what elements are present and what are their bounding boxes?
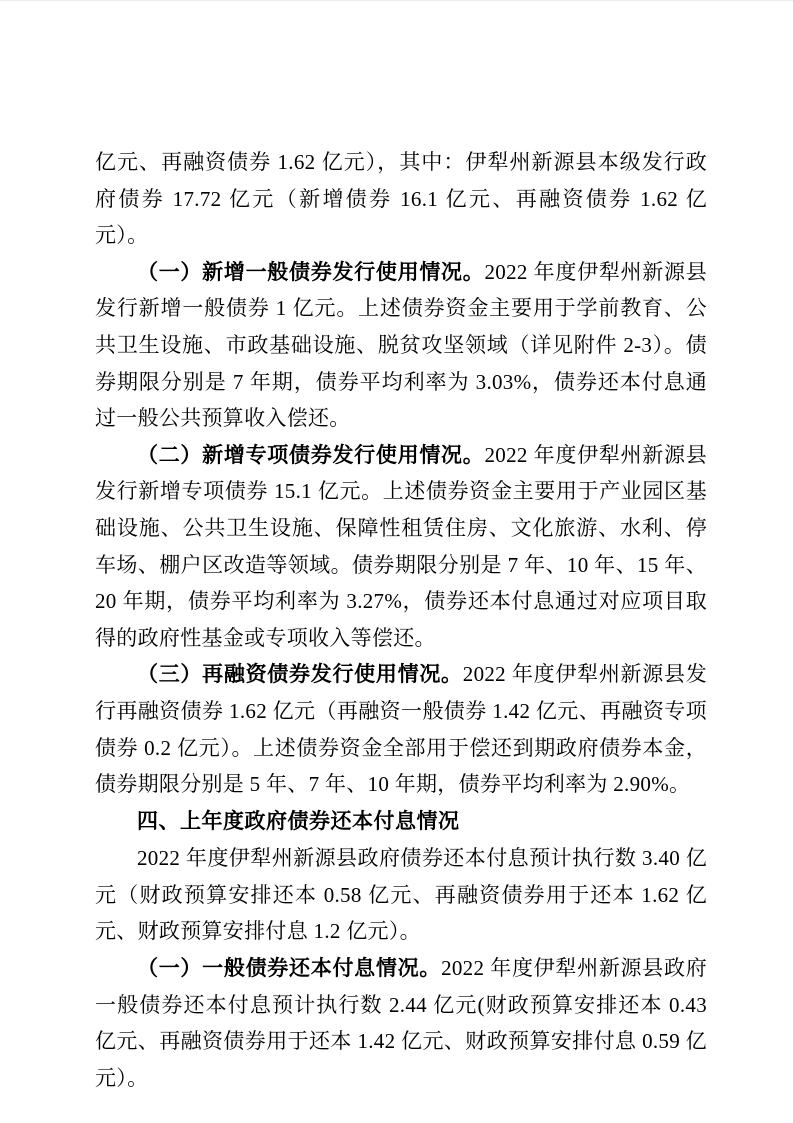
body-text: 2022 年度伊犁州新源县政府债券还本付息预计执行数 3.40 亿元（财政预算安… bbox=[95, 846, 707, 943]
document-paragraph: 亿元、再融资债券 1.62 亿元），其中：伊犁州新源县本级发行政府债券 17.7… bbox=[95, 144, 707, 254]
body-text: 2022 年度伊犁州新源县发行新增一般债券 1 亿元。上述债券资金主要用于学前教… bbox=[95, 260, 707, 430]
emphasis-text: （一）新增一般债券发行使用情况。 bbox=[137, 260, 485, 284]
emphasis-text: 四、上年度政府债券还本付息情况 bbox=[137, 810, 460, 833]
document-paragraph: （一）一般债券还本付息情况。2022 年度伊犁州新源县政府一般债券还本付息预计执… bbox=[95, 950, 707, 1096]
document-paragraph: （一）新增一般债券发行使用情况。2022 年度伊犁州新源县发行新增一般债券 1 … bbox=[95, 254, 707, 437]
document-paragraph: 2022 年度伊犁州新源县政府债券还本付息预计执行数 3.40 亿元（财政预算安… bbox=[95, 840, 707, 950]
emphasis-text: （一）一般债券还本付息情况。 bbox=[137, 956, 441, 980]
section-heading: 四、上年度政府债券还本付息情况 bbox=[95, 803, 707, 841]
document-paragraph: （三）再融资债券发行使用情况。2022 年度伊犁州新源县发行再融资债券 1.62… bbox=[95, 656, 707, 802]
body-text: 亿元、再融资债券 1.62 亿元），其中：伊犁州新源县本级发行政府债券 17.7… bbox=[95, 150, 707, 247]
document-paragraph: （二）新增专项债券发行使用情况。2022 年度伊犁州新源县发行新增专项债券 15… bbox=[95, 437, 707, 657]
document-page: 亿元、再融资债券 1.62 亿元），其中：伊犁州新源县本级发行政府债券 17.7… bbox=[0, 0, 793, 1123]
emphasis-text: （三）再融资债券发行使用情况。 bbox=[137, 662, 463, 686]
body-text: 2022 年度伊犁州新源县发行新增专项债券 15.1 亿元。上述债券资金主要用于… bbox=[95, 443, 707, 650]
emphasis-text: （二）新增专项债券发行使用情况。 bbox=[137, 443, 485, 467]
document-content: 亿元、再融资债券 1.62 亿元），其中：伊犁州新源县本级发行政府债券 17.7… bbox=[95, 144, 707, 1096]
